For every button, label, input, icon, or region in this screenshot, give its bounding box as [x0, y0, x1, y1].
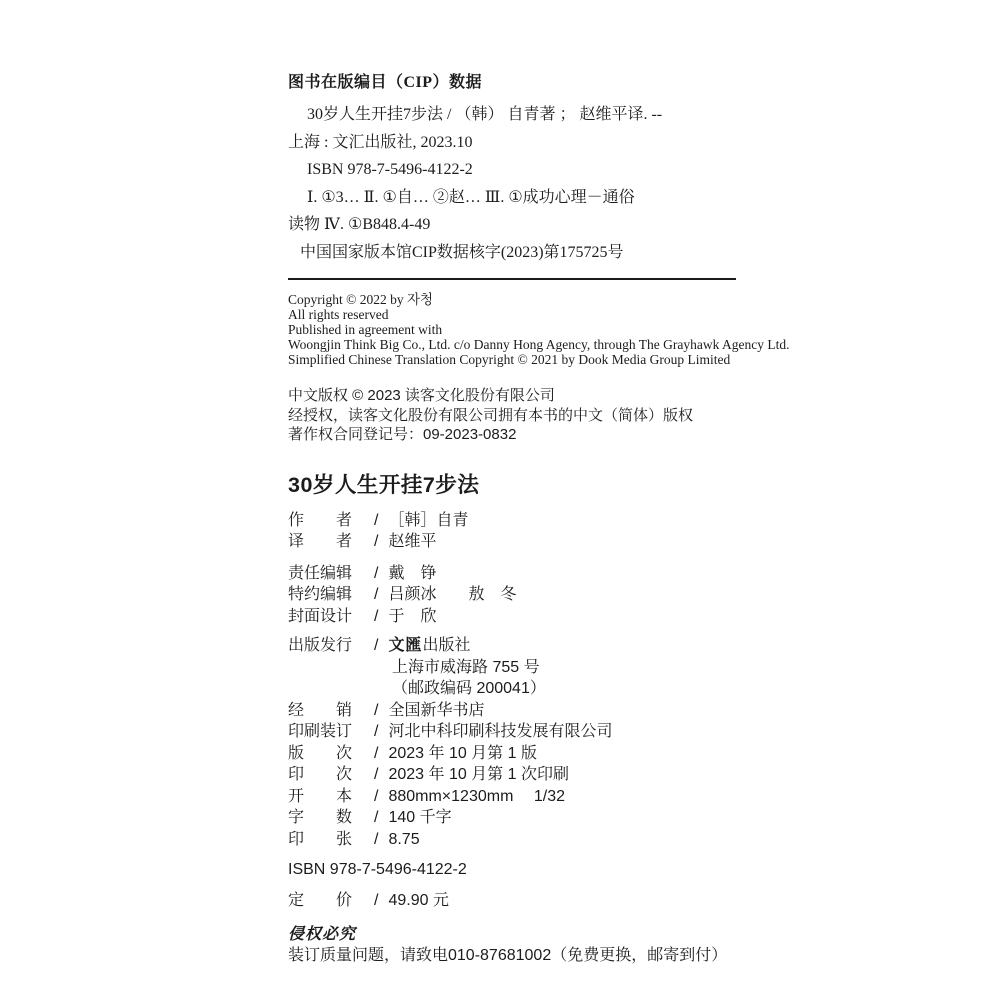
credit-row-sheets: 印 张/8.75	[288, 829, 768, 851]
credit-label-sheets: 印 张	[288, 829, 362, 851]
credit-separator: /	[374, 700, 378, 722]
credit-label-managing-editor: 责任编辑	[288, 563, 362, 585]
credit-row-printer: 印刷装订/河北中科印刷科技发展有限公司	[288, 721, 768, 743]
credit-value-publisher: 文匯出版社	[388, 635, 470, 657]
credit-separator: /	[374, 563, 378, 585]
credit-row-publisher: 出版发行/文匯出版社	[288, 635, 768, 657]
credit-label-cover-design: 封面设计	[288, 606, 362, 628]
credit-value-sheets: 8.75	[388, 829, 419, 851]
cip-line-record-number: 中国国家版本馆CIP数据核字(2023)第175725号	[288, 239, 768, 267]
cip-line-classification: Ⅰ. ①3… Ⅱ. ①自… ②赵… Ⅲ. ①成功心理－通俗	[288, 184, 768, 212]
credit-value-contributing-editor: 吕颜冰 敖 冬	[388, 584, 516, 606]
chinese-rights-block: 中文版权 © 2023 读客文化股份有限公司 经授权，读客文化股份有限公司拥有本…	[288, 386, 768, 445]
cip-line-classification-cont: 读物 Ⅳ. ①B848.4-49	[288, 211, 768, 239]
rights-line: 经授权，读客文化股份有限公司拥有本书的中文（简体）版权	[288, 406, 768, 426]
credit-separator: /	[374, 807, 378, 829]
credit-label-impression: 印 次	[288, 764, 362, 786]
horizontal-divider	[288, 278, 736, 280]
cip-heading: 图书在版编目（CIP）数据	[288, 70, 768, 96]
copyright-line: Published in agreement with	[288, 322, 768, 337]
credit-label-price: 定 价	[288, 890, 362, 912]
credit-separator: /	[374, 890, 378, 912]
credit-separator: /	[374, 721, 378, 743]
copyright-english-block: Copyright © 2022 by 자청 All rights reserv…	[288, 292, 768, 367]
credit-value-word-count: 140 千字	[388, 807, 451, 829]
credit-label-author: 作 者	[288, 510, 362, 532]
credit-label-word-count: 字 数	[288, 807, 362, 829]
credit-label-format: 开 本	[288, 786, 362, 808]
credit-separator: /	[374, 635, 378, 657]
credit-label-printer: 印刷装订	[288, 721, 362, 743]
credit-row-author: 作 者/［韩］自青	[288, 510, 768, 532]
cip-block: 图书在版编目（CIP）数据 30岁人生开挂7步法 / （韩） 自青著 ； 赵维平…	[288, 70, 768, 266]
credit-row-managing-editor: 责任编辑/戴 铮	[288, 563, 768, 585]
credit-value-translator: 赵维平	[388, 531, 436, 553]
credit-label-contributing-editor: 特约编辑	[288, 584, 362, 606]
credit-separator: /	[374, 606, 378, 628]
copyright-line: Copyright © 2022 by 자청	[288, 292, 768, 307]
isbn-line: ISBN 978-7-5496-4122-2	[288, 859, 768, 881]
credit-separator: /	[374, 786, 378, 808]
publisher-name-rest: 出版社	[422, 637, 470, 654]
credit-separator: /	[374, 510, 378, 532]
publisher-logotype: 文匯	[388, 637, 422, 654]
rights-line: 中文版权 © 2023 读客文化股份有限公司	[288, 386, 768, 406]
cip-line-isbn: ISBN 978-7-5496-4122-2	[288, 156, 768, 184]
credit-row-cover-design: 封面设计/于 欣	[288, 606, 768, 628]
book-title: 30岁人生开挂7步法	[288, 471, 768, 499]
credit-value-distributor: 全国新华书店	[388, 700, 484, 722]
credit-label-publisher: 出版发行	[288, 635, 362, 657]
credit-value-edition: 2023 年 10 月第 1 版	[388, 743, 537, 765]
credit-value-managing-editor: 戴 铮	[388, 563, 436, 585]
credit-row-price: 定 价/49.90 元	[288, 890, 768, 912]
colophon-credits: 作 者/［韩］自青 译 者/赵维平 责任编辑/戴 铮 特约编辑/吕颜冰 敖 冬 …	[288, 510, 768, 912]
footer-notices: 侵权必究 装订质量问题，请致电010-87681002（免费更换，邮寄到付）	[288, 925, 768, 966]
credit-value-format: 880mm×1230mm 1/32	[388, 786, 565, 808]
credit-row-word-count: 字 数/140 千字	[288, 807, 768, 829]
publisher-address-line: 上海市威海路 755 号	[392, 657, 768, 679]
credit-row-format: 开 本/880mm×1230mm 1/32	[288, 786, 768, 808]
credit-separator: /	[374, 584, 378, 606]
copyright-line: Simplified Chinese Translation Copyright…	[288, 352, 768, 367]
page-content-column: 图书在版编目（CIP）数据 30岁人生开挂7步法 / （韩） 自青著 ； 赵维平…	[288, 70, 768, 966]
credit-label-edition: 版 次	[288, 743, 362, 765]
credit-row-edition: 版 次/2023 年 10 月第 1 版	[288, 743, 768, 765]
credit-value-cover-design: 于 欣	[388, 606, 436, 628]
book-copyright-page: 图书在版编目（CIP）数据 30岁人生开挂7步法 / （韩） 自青著 ； 赵维平…	[0, 0, 1000, 1000]
credit-row-contributing-editor: 特约编辑/吕颜冰 敖 冬	[288, 584, 768, 606]
credit-row-impression: 印 次/2023 年 10 月第 1 次印刷	[288, 764, 768, 786]
binding-quality-line: 装订质量问题，请致电010-87681002（免费更换，邮寄到付）	[288, 946, 768, 966]
credit-row-translator: 译 者/赵维平	[288, 531, 768, 553]
copyright-line: All rights reserved	[288, 307, 768, 322]
credit-separator: /	[374, 743, 378, 765]
cip-line-title: 30岁人生开挂7步法 / （韩） 自青著 ； 赵维平译. --	[288, 101, 768, 129]
credit-separator: /	[374, 829, 378, 851]
credit-label-distributor: 经 销	[288, 700, 362, 722]
credit-value-author: ［韩］自青	[388, 510, 468, 532]
credit-label-translator: 译 者	[288, 531, 362, 553]
credit-separator: /	[374, 764, 378, 786]
piracy-notice: 侵权必究	[288, 925, 768, 945]
rights-line: 著作权合同登记号：09-2023-0832	[288, 425, 768, 445]
copyright-line: Woongjin Think Big Co., Ltd. c/o Danny H…	[288, 337, 768, 352]
credit-value-price: 49.90 元	[388, 890, 449, 912]
credit-value-printer: 河北中科印刷科技发展有限公司	[388, 721, 612, 743]
credit-value-impression: 2023 年 10 月第 1 次印刷	[388, 764, 569, 786]
cip-line-publisher: 上海 : 文汇出版社, 2023.10	[288, 129, 768, 157]
publisher-postcode-line: （邮政编码 200041）	[392, 678, 768, 700]
credit-separator: /	[374, 531, 378, 553]
credit-row-distributor: 经 销/全国新华书店	[288, 700, 768, 722]
